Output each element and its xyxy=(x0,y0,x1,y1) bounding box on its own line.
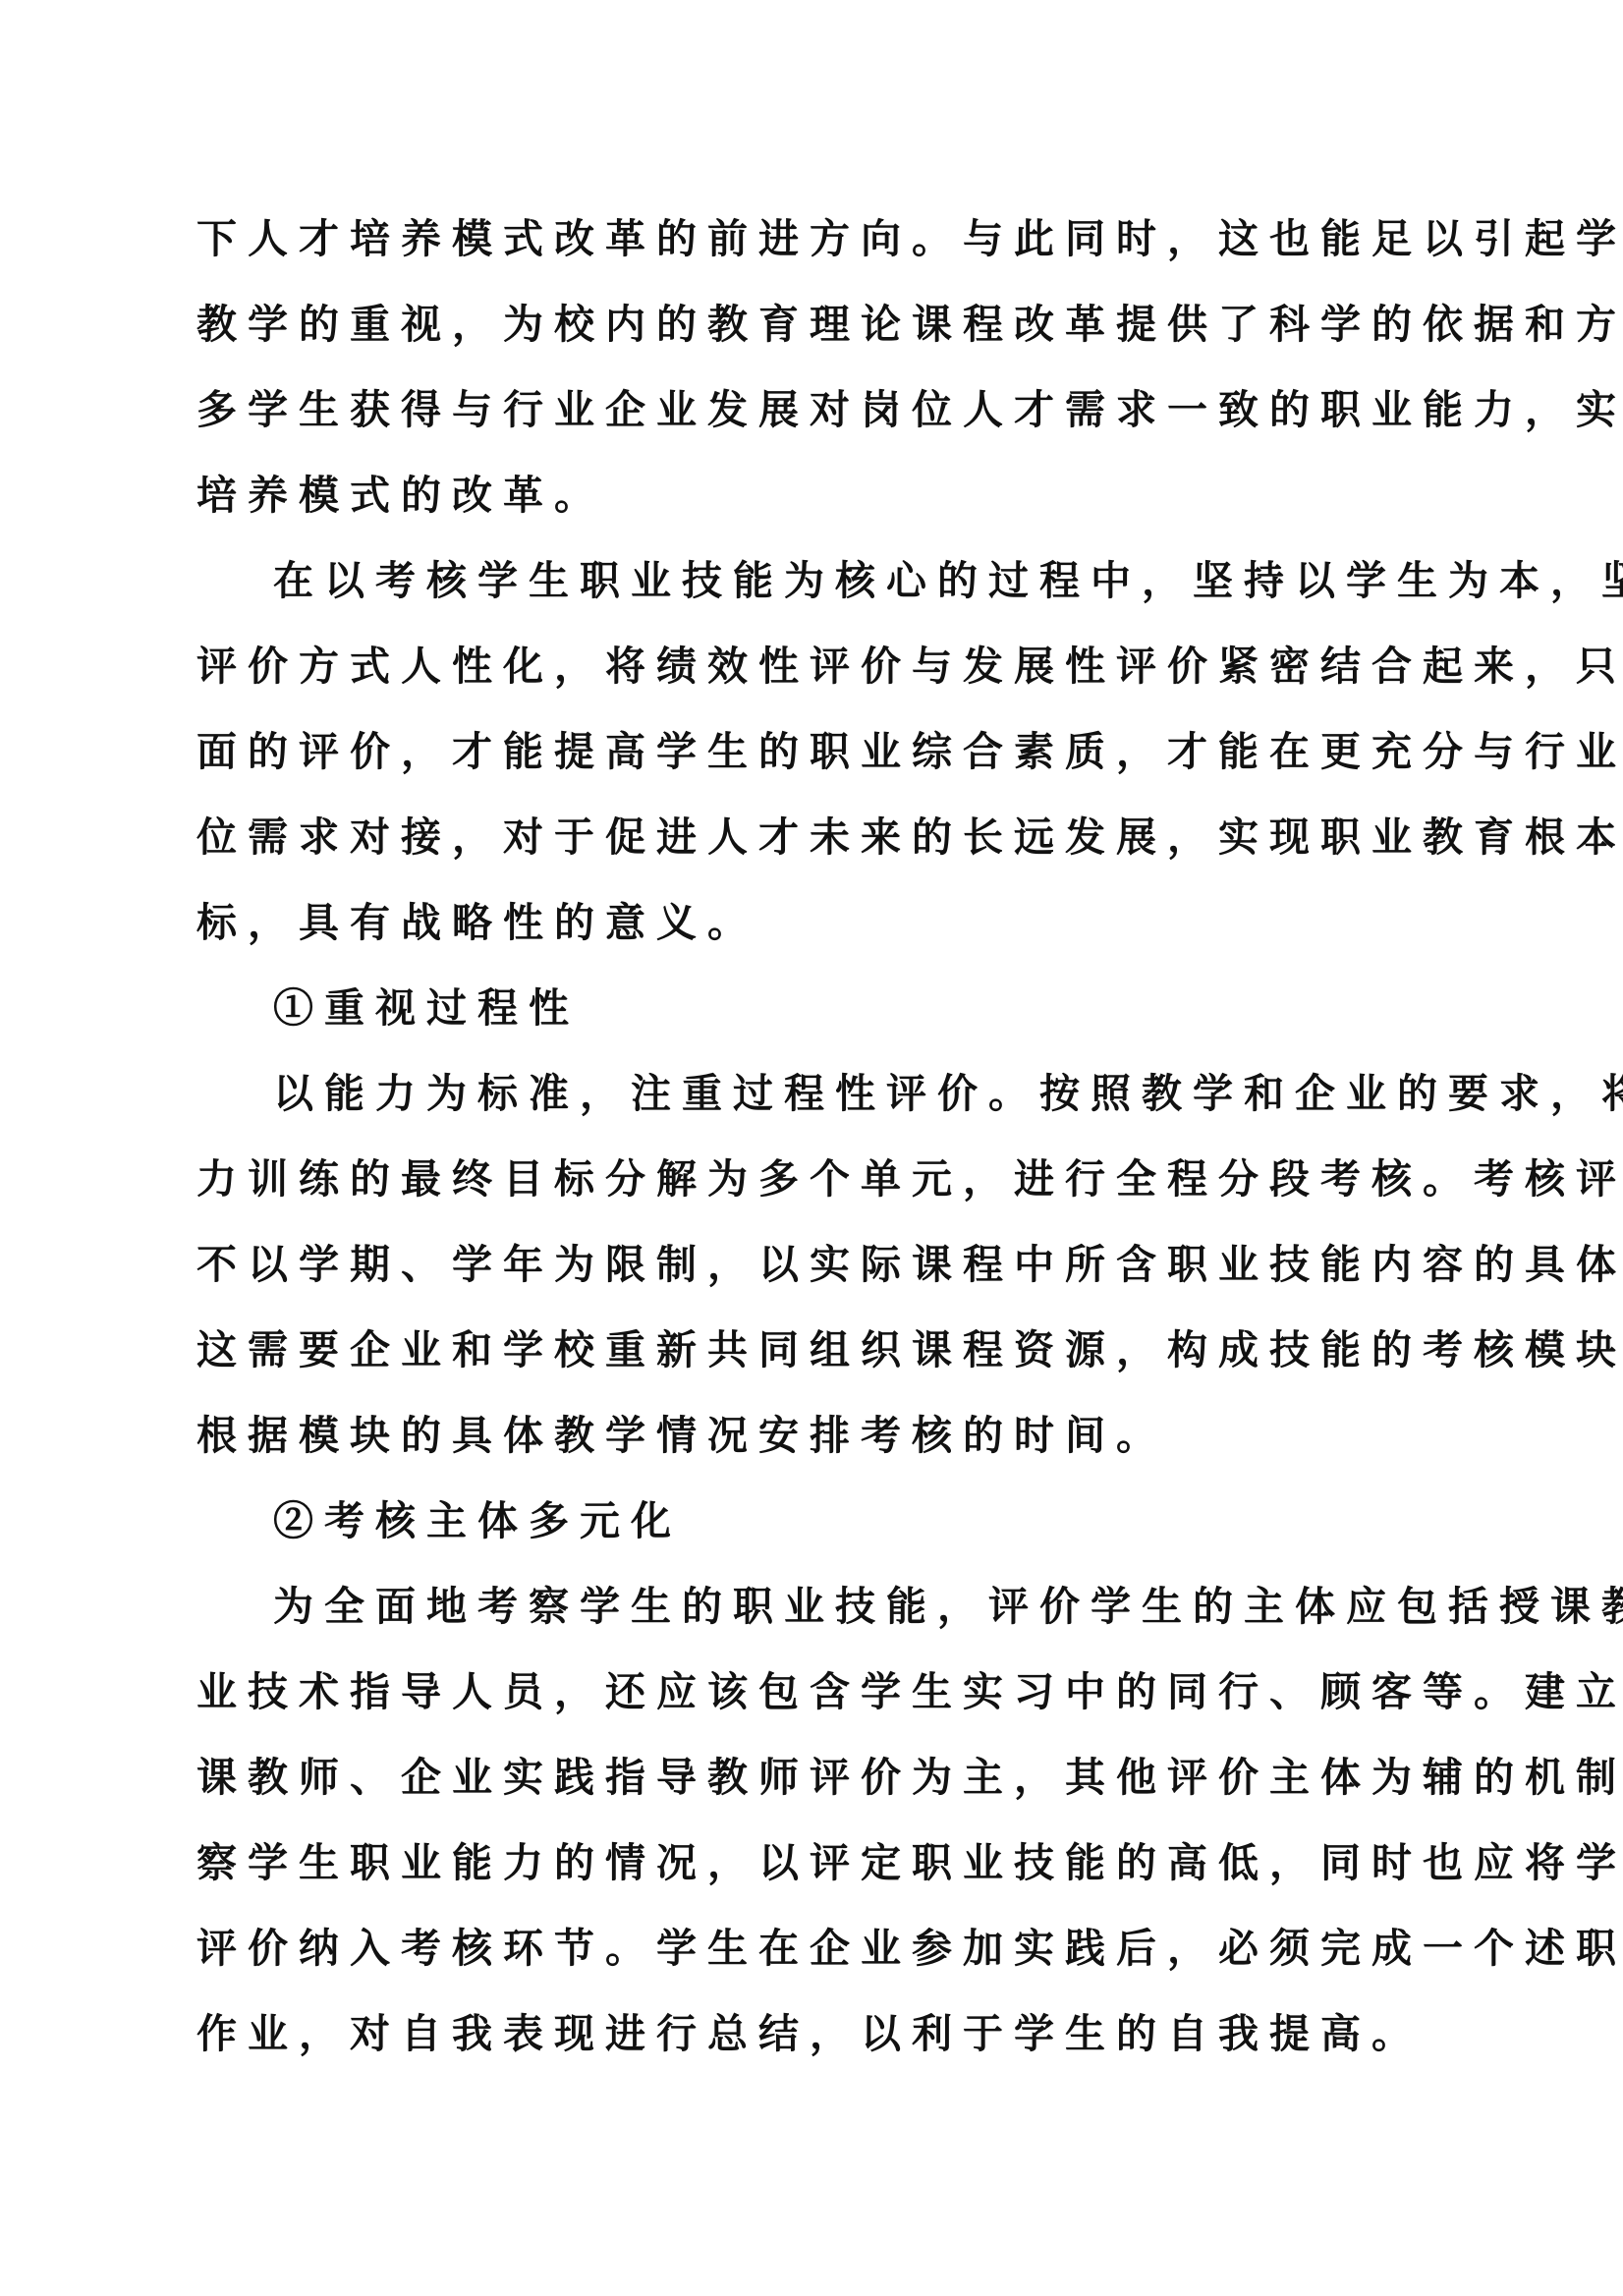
text-line: 力训练的最终目标分解为多个单元，进行全程分段考核。考核评定的时间， xyxy=(196,1137,1436,1222)
text-line: 不以学期、学年为限制，以实际课程中所含职业技能内容的具体情况确定， xyxy=(196,1222,1436,1308)
text-line: 察学生职业能力的情况，以评定职业技能的高低，同时也应将学生的自我 xyxy=(196,1820,1436,1906)
text-line: 课教师、企业实践指导教师评价为主，其他评价主体为辅的机制，全面考 xyxy=(196,1735,1436,1820)
text-line: 培养模式的改革。 xyxy=(196,453,1436,538)
text-line: 作业，对自我表现进行总结，以利于学生的自我提高。 xyxy=(196,1991,1436,2077)
text-line: 标，具有战略性的意义。 xyxy=(196,880,1436,966)
text-line: 教学的重视，为校内的教育理论课程改革提供了科学的依据和方向，让更 xyxy=(196,282,1436,367)
text-line: 业技术指导人员，还应该包含学生实习中的同行、顾客等。建立以专业任 xyxy=(196,1650,1436,1735)
text-line: 根据模块的具体教学情况安排考核的时间。 xyxy=(196,1393,1436,1479)
text-line: 这需要企业和学校重新共同组织课程资源，构成技能的考核模块，然后再 xyxy=(196,1308,1436,1393)
text-line: 在以考核学生职业技能为核心的过程中，坚持以学生为本，坚持考核 xyxy=(273,538,1436,624)
section-heading-diverse-subjects: ②考核主体多元化 xyxy=(273,1479,682,1564)
section-heading-process: ①重视过程性 xyxy=(273,966,580,1051)
text-line: 为全面地考察学生的职业技能，评价学生的主体应包括授课教师、企 xyxy=(273,1564,1436,1650)
text-line: 多学生获得与行业企业发展对岗位人才需求一致的职业能力，实现了人才 xyxy=(196,367,1436,453)
text-line: 位需求对接，对于促进人才未来的长远发展，实现职业教育根本的育人目 xyxy=(196,795,1436,880)
text-line: 评价方式人性化，将绩效性评价与发展性评价紧密结合起来，只有通过全 xyxy=(196,624,1436,709)
text-line: 面的评价，才能提高学生的职业综合素质，才能在更充分与行业企业的岗 xyxy=(196,709,1436,795)
text-line: 以能力为标准，注重过程性评价。按照教学和企业的要求，将岗位能 xyxy=(273,1051,1436,1137)
text-line: 评价纳入考核环节。学生在企业参加实践后，必须完成一个述职报告式的 xyxy=(196,1906,1436,1991)
document-page: 下人才培养模式改革的前进方向。与此同时，这也能足以引起学校对实训 教学的重视，为… xyxy=(0,0,1623,2296)
text-line: 下人才培养模式改革的前进方向。与此同时，这也能足以引起学校对实训 xyxy=(196,196,1436,282)
